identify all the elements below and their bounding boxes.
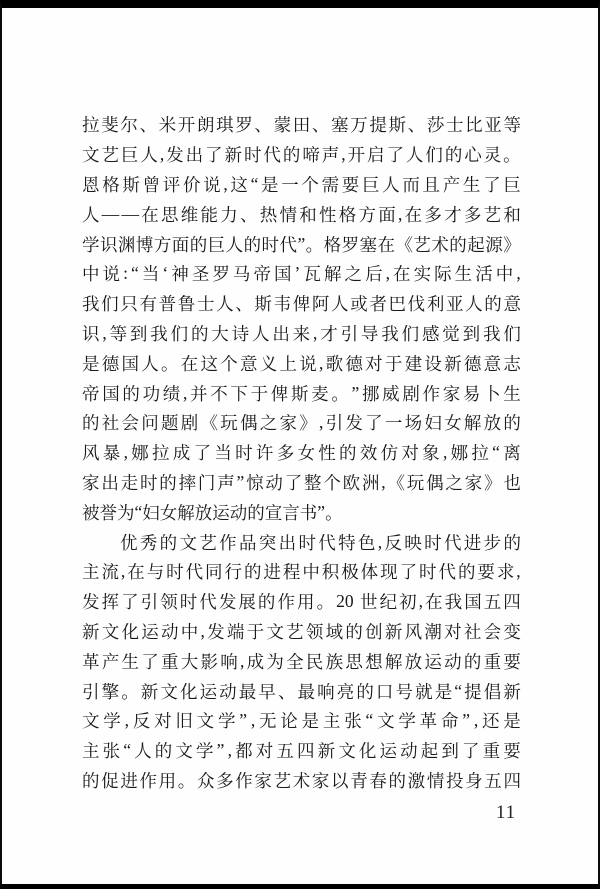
glyph: 春: [369, 768, 387, 793]
glyph: 文: [175, 738, 193, 763]
glyph: 诗: [232, 321, 250, 346]
glyph: 、: [408, 112, 426, 137]
text-line: 文艺巨人,发出了新时代的啼声,开启了人们的心灵。: [82, 140, 521, 170]
glyph: 了: [121, 589, 139, 614]
glyph: 能: [201, 202, 219, 227]
glyph: 五: [484, 768, 502, 793]
glyph: 之: [260, 410, 278, 435]
glyph: 风: [82, 440, 100, 465]
glyph: 女: [444, 410, 462, 435]
glyph: 们: [402, 321, 420, 346]
glyph: 《: [395, 232, 413, 257]
glyph: 文: [160, 679, 178, 704]
glyph: 术: [431, 232, 449, 257]
glyph: 的: [160, 530, 178, 555]
glyph: 解: [464, 410, 482, 435]
glyph: ,: [223, 174, 227, 195]
glyph: 个: [220, 351, 238, 376]
glyph: 多: [277, 440, 295, 465]
glyph: 的: [122, 381, 140, 406]
glyph: 代: [318, 530, 336, 555]
glyph: 出: [279, 530, 297, 555]
glyph: 渊: [118, 232, 136, 257]
glyph: 全: [286, 649, 304, 674]
glyph: 。: [331, 381, 349, 406]
glyph: 拉: [471, 440, 489, 465]
glyph: 引: [326, 410, 344, 435]
glyph: 当: [214, 440, 232, 465]
glyph: 社: [464, 619, 482, 644]
glyph: 代: [263, 142, 281, 167]
glyph: ,: [228, 740, 232, 761]
glyph: 并: [190, 381, 208, 406]
glyph: 在: [141, 202, 159, 227]
glyph: 就: [415, 679, 433, 704]
glyph: 人: [141, 351, 159, 376]
glyph: 剧: [181, 410, 199, 435]
glyph: 我: [445, 589, 463, 614]
glyph: 被: [82, 500, 100, 525]
glyph: 号: [396, 679, 414, 704]
glyph: 人: [140, 142, 158, 167]
glyph: 人: [331, 291, 349, 316]
glyph: 的: [155, 738, 173, 763]
glyph: 家: [254, 768, 272, 793]
glyph: 在: [425, 589, 443, 614]
glyph: 们: [503, 321, 521, 346]
glyph: 且: [423, 172, 441, 197]
glyph: 创: [365, 619, 383, 644]
glyph: 或: [350, 291, 368, 316]
glyph: 方: [154, 232, 172, 257]
glyph: 巨: [121, 142, 139, 167]
glyph: 人: [216, 291, 234, 316]
glyph: 意: [240, 351, 258, 376]
glyph: 激: [408, 768, 426, 793]
glyph: 引: [341, 321, 359, 346]
glyph: 主: [82, 738, 100, 763]
glyph: 、: [139, 112, 157, 137]
text-line: 文学,反对旧文学”,无论是主张“文学革命”,还是: [82, 706, 521, 736]
glyph: 革: [420, 708, 438, 733]
glyph: 引: [141, 589, 159, 614]
paragraph-1: 拉斐尔、米开朗琪罗、蒙田、塞万提斯、莎士比亚等文艺巨人,发出了新时代的啼声,开启…: [82, 110, 521, 527]
glyph: 万: [350, 112, 368, 137]
glyph: 启: [367, 142, 385, 167]
glyph: 到: [463, 321, 481, 346]
glyph: 的: [484, 291, 502, 316]
glyph: “: [123, 740, 131, 761]
glyph: 女: [160, 500, 178, 525]
glyph: 文: [338, 738, 356, 763]
glyph: —: [122, 204, 140, 225]
glyph: 对: [444, 619, 462, 644]
glyph: 中: [302, 559, 320, 584]
glyph: 偶: [426, 470, 444, 495]
glyph: 解: [177, 500, 195, 525]
glyph: 国: [274, 261, 292, 286]
glyph: 起: [421, 738, 439, 763]
glyph: 大: [211, 321, 229, 346]
glyph: 潮: [424, 619, 442, 644]
glyph: 莎: [427, 112, 445, 137]
glyph: 映: [404, 530, 422, 555]
glyph: 艺: [286, 619, 304, 644]
glyph: 普: [159, 291, 177, 316]
glyph: 擎: [102, 679, 120, 704]
glyph: 的: [82, 410, 100, 435]
glyph: 的: [339, 440, 357, 465]
glyph: 文: [82, 708, 100, 733]
glyph: ”: [317, 502, 325, 523]
glyph: 为: [266, 649, 284, 674]
glyph: 起: [467, 232, 485, 257]
glyph: ,: [419, 591, 423, 612]
glyph: 文: [82, 142, 100, 167]
glyph: 旧: [175, 708, 193, 733]
glyph: 感: [422, 321, 440, 346]
glyph: 初: [399, 589, 417, 614]
glyph: ”: [239, 710, 247, 731]
glyph: 鲁: [178, 291, 196, 316]
glyph: 走: [121, 470, 139, 495]
glyph: 亚: [446, 291, 464, 316]
glyph: 代: [199, 589, 217, 614]
glyph: 来: [293, 321, 311, 346]
glyph: 问: [141, 410, 159, 435]
glyph: 识: [82, 321, 100, 346]
glyph: 生: [463, 172, 481, 197]
glyph: :: [123, 263, 128, 284]
glyph: 易: [463, 381, 481, 406]
glyph: 代: [186, 559, 204, 584]
glyph: 术: [293, 768, 311, 793]
glyph: 人: [382, 172, 400, 197]
glyph: 仿: [381, 440, 399, 465]
glyph: 解: [324, 261, 342, 286]
glyph: ,: [516, 263, 520, 284]
glyph: 人: [226, 232, 244, 257]
glyph: 动: [265, 470, 283, 495]
glyph: 方: [359, 202, 377, 227]
glyph: 个: [301, 172, 319, 197]
glyph: 这: [230, 172, 248, 197]
glyph: 娜: [131, 440, 149, 465]
glyph: 巴: [389, 291, 407, 316]
glyph: 、: [254, 112, 272, 137]
glyph: 族: [326, 649, 344, 674]
glyph: ,: [313, 323, 317, 344]
glyph: 艺: [413, 232, 431, 257]
glyph: ,: [102, 323, 106, 344]
glyph: 者: [369, 291, 387, 316]
glyph: 题: [161, 410, 179, 435]
glyph: 革: [82, 649, 100, 674]
glyph: 化: [359, 738, 377, 763]
glyph: 思: [345, 649, 363, 674]
book-page: 拉斐尔、米开朗琪罗、蒙田、塞万提斯、莎士比亚等文艺巨人,发出了新时代的啼声,开启…: [0, 0, 600, 889]
glyph: 于: [251, 381, 269, 406]
glyph: 家: [465, 470, 483, 495]
text-line: 是德国人。在这个意义上说,歌德对于建设新德意志: [82, 348, 521, 378]
glyph: 、: [240, 202, 258, 227]
glyph: 民: [306, 649, 324, 674]
glyph: 志: [503, 351, 521, 376]
glyph: 的: [283, 142, 301, 167]
paragraph-2: 优秀的文艺作品突出时代特色,反映时代进步的主流,在与时代同行的进程中积极体现了时…: [82, 527, 521, 795]
glyph: 重: [483, 738, 501, 763]
glyph: 学: [196, 738, 214, 763]
glyph: 运: [212, 500, 230, 525]
glyph: 动: [230, 500, 248, 525]
glyph: 的: [503, 530, 521, 555]
glyph: 艺: [274, 768, 292, 793]
glyph: 会: [484, 619, 502, 644]
glyph: 德: [464, 351, 482, 376]
glyph: 领: [160, 589, 178, 614]
glyph: 恩: [82, 172, 100, 197]
glyph: 了: [483, 172, 501, 197]
glyph: 们: [171, 321, 189, 346]
glyph: 韦: [274, 291, 292, 316]
glyph: 价: [183, 172, 201, 197]
glyph: 新: [225, 142, 243, 167]
glyph: 学: [398, 708, 416, 733]
glyph: 代: [444, 530, 462, 555]
glyph: 文: [102, 619, 120, 644]
glyph: 力: [220, 202, 238, 227]
glyph: 学: [103, 708, 121, 733]
glyph: 绩: [163, 381, 181, 406]
glyph: 声: [217, 470, 235, 495]
glyph: ”: [462, 710, 470, 731]
glyph: 一: [385, 410, 403, 435]
glyph: 。: [325, 500, 343, 525]
text-line: 帝国的功绩,并不下于俾斯麦。”挪威剧作家易卜生: [82, 378, 521, 408]
glyph: 人: [82, 202, 100, 227]
glyph: 巨: [503, 172, 521, 197]
glyph: 领: [306, 619, 324, 644]
glyph: 大: [181, 649, 199, 674]
glyph: 罗: [235, 112, 253, 137]
text-line: 被誉为“妇女解放运动的宣言书”。: [82, 497, 521, 527]
glyph: “: [454, 681, 462, 702]
glyph: 灵: [484, 142, 502, 167]
glyph: 。: [178, 768, 196, 793]
glyph: ,: [443, 442, 447, 463]
glyph: 维: [181, 202, 199, 227]
glyph: 代: [438, 559, 456, 584]
glyph: 学: [218, 708, 236, 733]
glyph: 要: [503, 738, 521, 763]
glyph: 评: [163, 172, 181, 197]
glyph: 程: [283, 559, 301, 584]
glyph: 斯: [291, 381, 309, 406]
glyph: —: [102, 204, 120, 225]
glyph: 家: [82, 470, 100, 495]
glyph: 。: [161, 351, 179, 376]
text-line: 风暴,娜拉成了当时许多女性的效仿对象,娜拉“离: [82, 438, 521, 468]
glyph: 艺: [484, 202, 502, 227]
glyph: 提: [369, 112, 387, 137]
glyph: ,: [516, 561, 520, 582]
glyph: 还: [482, 708, 500, 733]
glyph: 时: [244, 142, 262, 167]
glyph: 论: [280, 708, 298, 733]
glyph: 作: [277, 589, 295, 614]
glyph: 体: [361, 559, 379, 584]
glyph: 当: [142, 261, 160, 286]
glyph: 说: [103, 261, 121, 286]
glyph: 同: [205, 559, 223, 584]
glyph: 面: [378, 202, 396, 227]
glyph: 伐: [408, 291, 426, 316]
glyph: 文: [179, 530, 197, 555]
glyph: 有: [139, 291, 157, 316]
glyph: 之: [345, 261, 363, 286]
glyph: 、: [278, 679, 296, 704]
text-line: 学识渊博方面的巨人的时代”。格罗塞在《艺术的起源》: [82, 229, 521, 259]
glyph: 建: [405, 351, 423, 376]
glyph: 了: [386, 142, 404, 167]
glyph: 妇: [424, 410, 442, 435]
glyph: 而: [402, 172, 420, 197]
glyph: 。: [317, 589, 335, 614]
glyph: 动: [400, 738, 418, 763]
glyph: 20: [336, 591, 358, 612]
glyph: 在: [393, 261, 411, 286]
glyph: 的: [191, 321, 209, 346]
glyph: 惊: [246, 470, 264, 495]
glyph: 偶: [240, 410, 258, 435]
glyph: 口: [376, 679, 394, 704]
glyph: 离: [503, 440, 521, 465]
glyph: 对: [256, 738, 274, 763]
glyph: 娜: [451, 440, 469, 465]
glyph: 琪: [216, 112, 234, 137]
glyph: 》: [299, 410, 317, 435]
glyph: 运: [379, 738, 397, 763]
glyph: 世: [360, 589, 378, 614]
glyph: ,: [398, 204, 402, 225]
glyph: 化: [180, 679, 198, 704]
glyph: 活: [475, 261, 493, 286]
glyph: 进: [464, 530, 482, 555]
glyph: 巨: [208, 232, 226, 257]
glyph: 解: [385, 649, 403, 674]
glyph: 只: [120, 291, 138, 316]
glyph: 新: [503, 679, 521, 704]
glyph: 才: [444, 202, 462, 227]
glyph: 国: [464, 589, 482, 614]
glyph: ,: [240, 651, 244, 672]
glyph: ,: [381, 472, 385, 493]
glyph: 投: [446, 768, 464, 793]
glyph: 的: [190, 232, 208, 257]
glyph: 博: [136, 232, 154, 257]
glyph: 巨: [362, 172, 380, 197]
glyph: 代: [279, 232, 297, 257]
glyph: 用: [297, 589, 315, 614]
text-line: 拉斐尔、米开朗琪罗、蒙田、塞万提斯、莎士比亚等: [82, 110, 521, 140]
glyph: ,: [378, 532, 382, 553]
glyph: 导: [361, 321, 379, 346]
glyph: 新: [318, 738, 336, 763]
glyph: 五: [484, 589, 502, 614]
glyph: 步: [484, 530, 502, 555]
glyph: 帝: [82, 381, 100, 406]
glyph: 重: [484, 649, 502, 674]
glyph: 行: [225, 559, 243, 584]
glyph: 的: [389, 768, 407, 793]
glyph: 亚: [484, 112, 502, 137]
glyph: 性: [319, 202, 337, 227]
text-line: 中说:“当‘神圣罗马帝国’瓦解之后,在实际生活中,: [82, 259, 521, 289]
glyph: 多: [464, 202, 482, 227]
text-line: 引擎。新文化运动最早、最响亮的口号就是“提倡新: [82, 676, 521, 706]
glyph: 于: [385, 351, 403, 376]
glyph: ,: [124, 442, 128, 463]
glyph: 了: [141, 649, 159, 674]
glyph: 剧: [402, 381, 420, 406]
glyph: 是: [82, 351, 100, 376]
glyph: 文: [266, 619, 284, 644]
glyph: 学: [82, 232, 100, 257]
glyph: 身: [465, 768, 483, 793]
glyph: 了: [400, 559, 418, 584]
glyph: 拉: [82, 112, 100, 137]
glyph: 玩: [407, 470, 425, 495]
glyph: 斯: [389, 112, 407, 137]
glyph: 出: [272, 321, 290, 346]
glyph: 文: [197, 708, 215, 733]
glyph: 马: [233, 261, 251, 286]
glyph: 家: [443, 381, 461, 406]
glyph: 罗: [212, 261, 230, 286]
glyph: 产: [443, 172, 461, 197]
glyph: 纪: [380, 589, 398, 614]
glyph: 。: [306, 232, 324, 257]
glyph: ,: [386, 263, 390, 284]
glyph: 是: [503, 708, 521, 733]
text-line: 优秀的文艺作品突出时代特色,反映时代进步的: [82, 527, 521, 557]
glyph: 时: [419, 559, 437, 584]
glyph: 成: [173, 440, 191, 465]
glyph: 用: [159, 768, 177, 793]
glyph: 功: [143, 381, 161, 406]
glyph: ,: [474, 710, 478, 731]
page-number: 11: [492, 802, 520, 824]
glyph: 卜: [483, 381, 501, 406]
glyph: 俾: [293, 291, 311, 316]
glyph: 对: [154, 708, 172, 733]
glyph: 求: [497, 559, 515, 584]
glyph: 中: [496, 261, 514, 286]
glyph: 挥: [102, 589, 120, 614]
glyph: 格: [339, 202, 357, 227]
glyph: 声: [322, 142, 340, 167]
glyph: 米: [159, 112, 177, 137]
glyph: 际: [434, 261, 452, 286]
glyph: 尔: [120, 112, 138, 137]
glyph: 面: [172, 232, 190, 257]
glyph: ”: [237, 472, 245, 493]
glyph: 反: [384, 530, 402, 555]
glyph: 家: [280, 410, 298, 435]
glyph: “: [131, 263, 139, 284]
glyph: 的: [464, 649, 482, 674]
glyph: 时: [140, 470, 158, 495]
